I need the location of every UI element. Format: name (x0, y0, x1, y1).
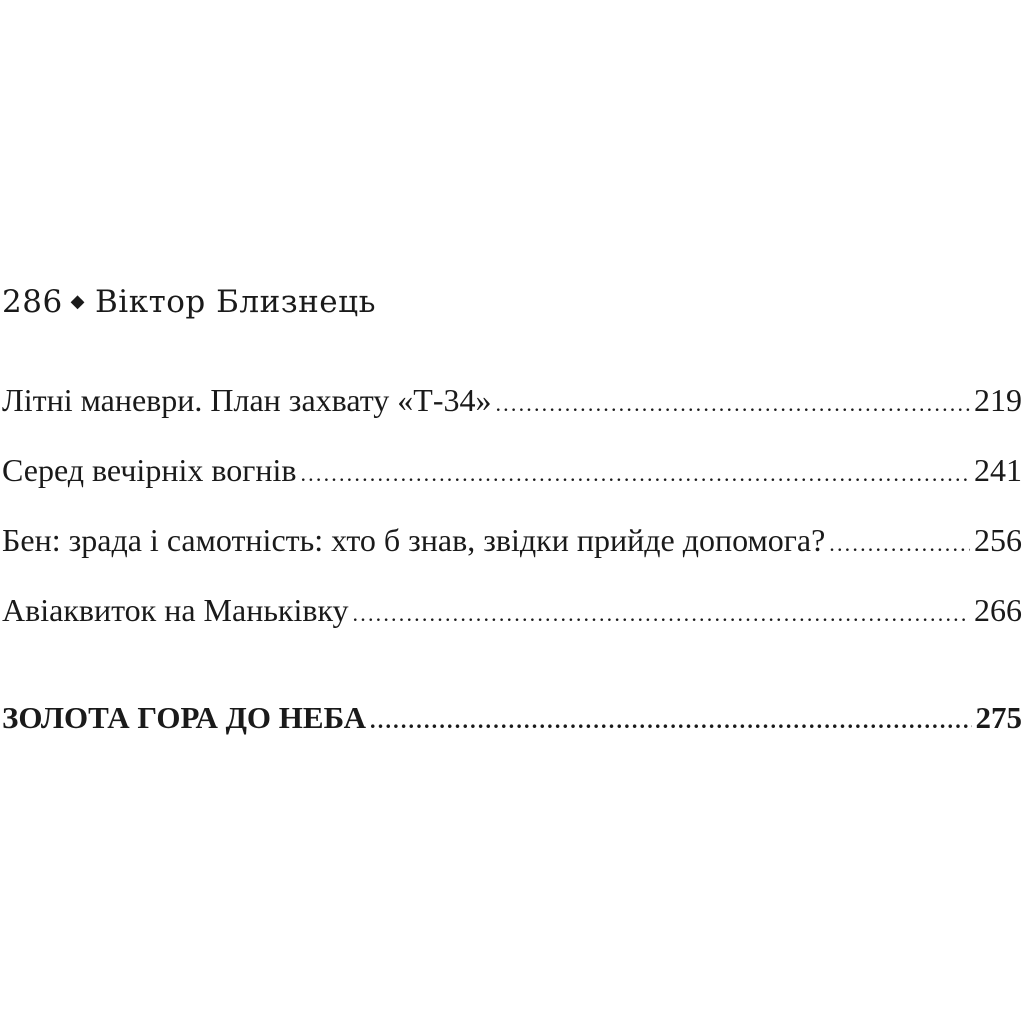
toc-entry-page: 275 (976, 700, 1023, 736)
toc-section-entry: ЗОЛОТА ГОРА ДО НЕБА ....................… (2, 700, 1022, 736)
author-name: Віктор Близнець (95, 284, 376, 320)
toc-entry: Літні маневри. План захвату «Т-34» .....… (2, 382, 1022, 419)
toc-entry-title: Авіаквиток на Маньківку (2, 592, 349, 629)
dot-leader: ........................................… (370, 708, 971, 734)
toc-entry-page: 266 (974, 592, 1022, 629)
dot-leader: ........................................… (829, 531, 970, 557)
toc-entry-page: 256 (974, 522, 1022, 559)
toc-entry-page: 241 (974, 452, 1022, 489)
toc-entry: Бен: зрада і самотність: хто б знав, зві… (2, 522, 1022, 559)
diamond-icon: ◆ (71, 291, 85, 312)
dot-leader: ........................................… (495, 391, 970, 417)
toc-entry-title: ЗОЛОТА ГОРА ДО НЕБА (2, 700, 366, 736)
toc-entry-title: Літні маневри. План захвату «Т-34» (2, 382, 491, 419)
toc-entry-page: 219 (974, 382, 1022, 419)
toc-entry: Серед вечірніх вогнів ..................… (2, 452, 1022, 489)
toc-entry-title: Серед вечірніх вогнів (2, 452, 296, 489)
toc-entry-title: Бен: зрада і самотність: хто б знав, зві… (2, 522, 825, 559)
toc-entry: Авіаквиток на Маньківку ................… (2, 592, 1022, 629)
dot-leader: ........................................… (300, 461, 970, 487)
running-header: 286◆Віктор Близнець (2, 284, 376, 320)
dot-leader: ........................................… (353, 601, 970, 627)
page-number: 286 (2, 284, 63, 320)
